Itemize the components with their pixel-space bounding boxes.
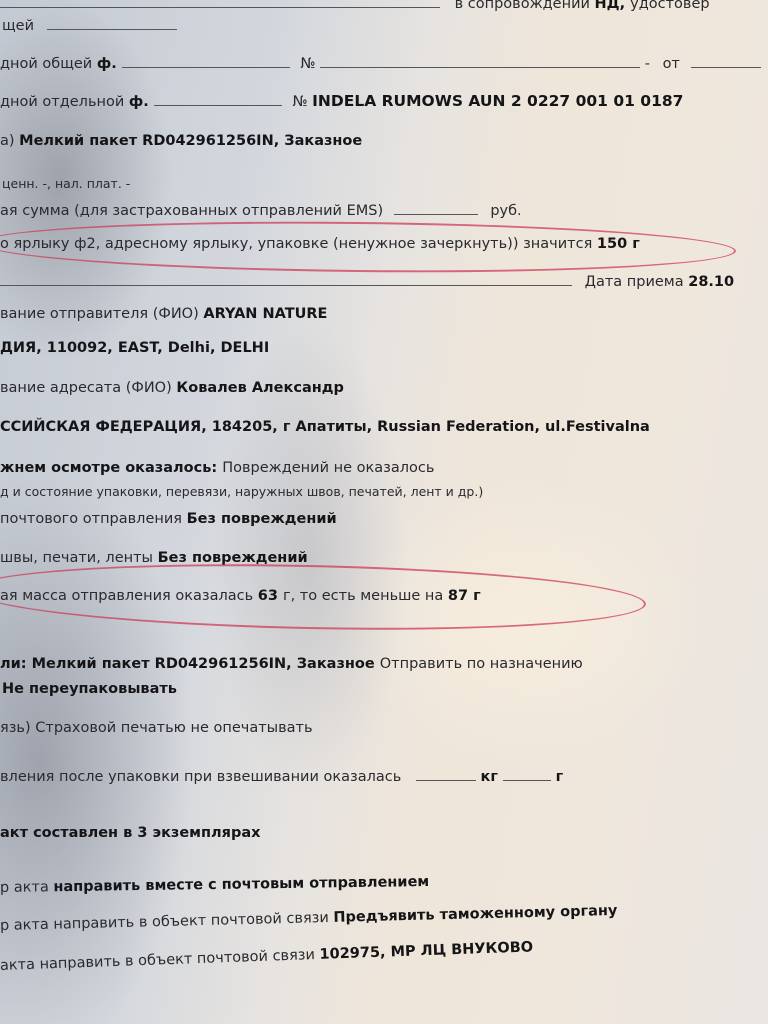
number-sign: № xyxy=(292,94,312,110)
line-inspection: жнем осмотре оказалось: Повреждений не о… xyxy=(0,460,434,476)
inspection-value: Повреждений не оказалось xyxy=(222,460,434,476)
text: - xyxy=(645,56,655,72)
line-sender-address: ДИЯ, 110092, EAST, Delhi, DELHI xyxy=(0,340,269,356)
text: ая сумма (для застрахованных отправлений… xyxy=(0,203,388,219)
number-sign: № xyxy=(300,56,320,72)
repack-value: Не переупаковывать xyxy=(2,681,177,697)
line-insurance-seal: язь) Страховой печатью не опечатывать xyxy=(0,720,313,736)
text: а) xyxy=(0,133,19,149)
line-seals-condition: швы, печати, ленты Без повреждений xyxy=(0,550,308,566)
text: г xyxy=(473,588,481,604)
line-actual-mass: ая масса отправления оказалась 63 г, то … xyxy=(0,588,481,604)
text: вание отправителя (ФИО) xyxy=(0,306,203,322)
text: язь) Страховой печатью не опечатывать xyxy=(0,720,313,736)
copies-value: акт составлен в 3 экземплярах xyxy=(0,825,261,841)
line-general-form: дной общей ф. № - от xyxy=(0,56,761,72)
g-label: г xyxy=(556,769,564,785)
text: почтового отправления xyxy=(0,511,187,527)
line-copy-1: р акта направить вместе с почтовым отпра… xyxy=(0,874,429,896)
nd-label: НД, xyxy=(595,0,631,12)
text: вления после упаковки при взвешивании ок… xyxy=(0,769,406,785)
blank-field xyxy=(0,6,440,8)
item-type-value: Мелкий пакет RD042961256IN, Заказное xyxy=(19,133,362,149)
blank-field xyxy=(320,66,640,68)
line-separate-form: дной отдельной ф. № INDELA RUMOWS AUN 2 … xyxy=(0,92,683,110)
line-item-type: а) Мелкий пакет RD042961256IN, Заказное xyxy=(0,133,362,149)
inspection-label: жнем осмотре оказалось: xyxy=(0,460,222,476)
declared-weight-value: 150 г xyxy=(597,236,640,252)
sender-name-value: ARYAN NATURE xyxy=(203,306,327,322)
text: дной общей xyxy=(0,56,97,72)
text: д и состояние упаковки, перевязи, наружн… xyxy=(0,484,483,499)
text: швы, печати, ленты xyxy=(0,550,158,566)
copy-2-value: Предъявить таможенному органу xyxy=(333,903,617,926)
line-copies: акт составлен в 3 экземплярах xyxy=(0,825,261,841)
blank-field xyxy=(691,66,761,68)
text: руб. xyxy=(490,203,521,219)
text: в сопровождении xyxy=(455,0,595,12)
line-inspection-note: д и состояние упаковки, перевязи, наружн… xyxy=(0,484,483,499)
text: вание адресата (ФИО) xyxy=(0,380,176,396)
text: удостовер xyxy=(630,0,709,12)
sender-address-value: ДИЯ, 110092, EAST, Delhi, DELHI xyxy=(0,340,269,356)
line-copy-3: акта направить в объект почтовой связи 1… xyxy=(0,939,533,974)
text: от xyxy=(663,56,685,72)
text: о ярлыку ф2, адресному ярлыку, упаковке … xyxy=(0,236,597,252)
text: акта направить в объект почтовой связи xyxy=(0,947,320,974)
form-number-value: INDELA RUMOWS AUN 2 0227 001 01 0187 xyxy=(312,92,683,110)
line-recipient: вание адресата (ФИО) Ковалев Александр xyxy=(0,380,344,396)
blank-field xyxy=(122,66,290,68)
mass-difference-value: 87 xyxy=(448,588,473,604)
line-sender: вание отправителя (ФИО) ARYAN NATURE xyxy=(0,306,327,322)
line-acceptance-date: Дата приема 28.10 xyxy=(0,274,734,290)
copy-1-value: направить вместе с почтовым отправлением xyxy=(53,874,429,895)
line-decision: ли: Мелкий пакет RD042961256IN, Заказное… xyxy=(0,656,583,672)
item-condition-value: Без повреждений xyxy=(187,511,337,527)
blank-field xyxy=(0,284,572,286)
decision-value: Отправить по назначению xyxy=(380,656,583,672)
recipient-address-value: г Апатиты, Russian Federation, ul.Festiv… xyxy=(283,419,650,435)
text: ая масса отправления оказалась xyxy=(0,588,258,604)
text: г, то есть меньше на xyxy=(283,588,448,604)
text: р акта направить в объект почтовой связи xyxy=(0,910,334,934)
form-label: ф. xyxy=(97,56,122,72)
line-repack: Не переупаковывать xyxy=(2,681,177,697)
line-declared-weight: о ярлыку ф2, адресному ярлыку, упаковке … xyxy=(0,236,640,252)
line-2: щей xyxy=(2,18,177,34)
seals-condition-value: Без повреждений xyxy=(158,550,308,566)
line-weight-after: вления после упаковки при взвешивании ок… xyxy=(0,769,563,785)
line-copy-2: р акта направить в объект почтовой связи… xyxy=(0,903,618,934)
blank-field xyxy=(503,779,551,781)
blank-field xyxy=(154,104,282,106)
text: ценн. -, нал. плат. - xyxy=(2,176,130,191)
recipient-country-value: ССИЙСКАЯ ФЕДЕРАЦИЯ, 184205, xyxy=(0,419,283,435)
blank-field xyxy=(416,779,476,781)
line-accompaniment: в сопровождении НД, удостовер xyxy=(0,0,710,12)
line-insured-sum: ая сумма (для застрахованных отправлений… xyxy=(0,203,522,219)
text: дной отдельной xyxy=(0,94,129,110)
line-values: ценн. -, нал. плат. - xyxy=(2,176,130,191)
text: щей xyxy=(2,18,39,34)
acceptance-date-value: 28.10 xyxy=(688,274,734,290)
blank-field xyxy=(394,213,478,215)
decision-label: ли: Мелкий пакет RD042961256IN, Заказное xyxy=(0,656,380,672)
kg-label: кг xyxy=(481,769,503,785)
recipient-name-value: Ковалев Александр xyxy=(176,380,343,396)
text: Дата приема xyxy=(585,274,689,290)
copy-3-value: 102975, МР ЛЦ ВНУКОВО xyxy=(319,939,533,962)
form-label: ф. xyxy=(129,94,154,110)
actual-mass-value: 63 xyxy=(258,588,283,604)
line-recipient-address: ССИЙСКАЯ ФЕДЕРАЦИЯ, 184205, г Апатиты, R… xyxy=(0,419,650,435)
text: р акта xyxy=(0,879,54,896)
blank-field xyxy=(47,28,177,30)
line-item-condition: почтового отправления Без повреждений xyxy=(0,511,337,527)
